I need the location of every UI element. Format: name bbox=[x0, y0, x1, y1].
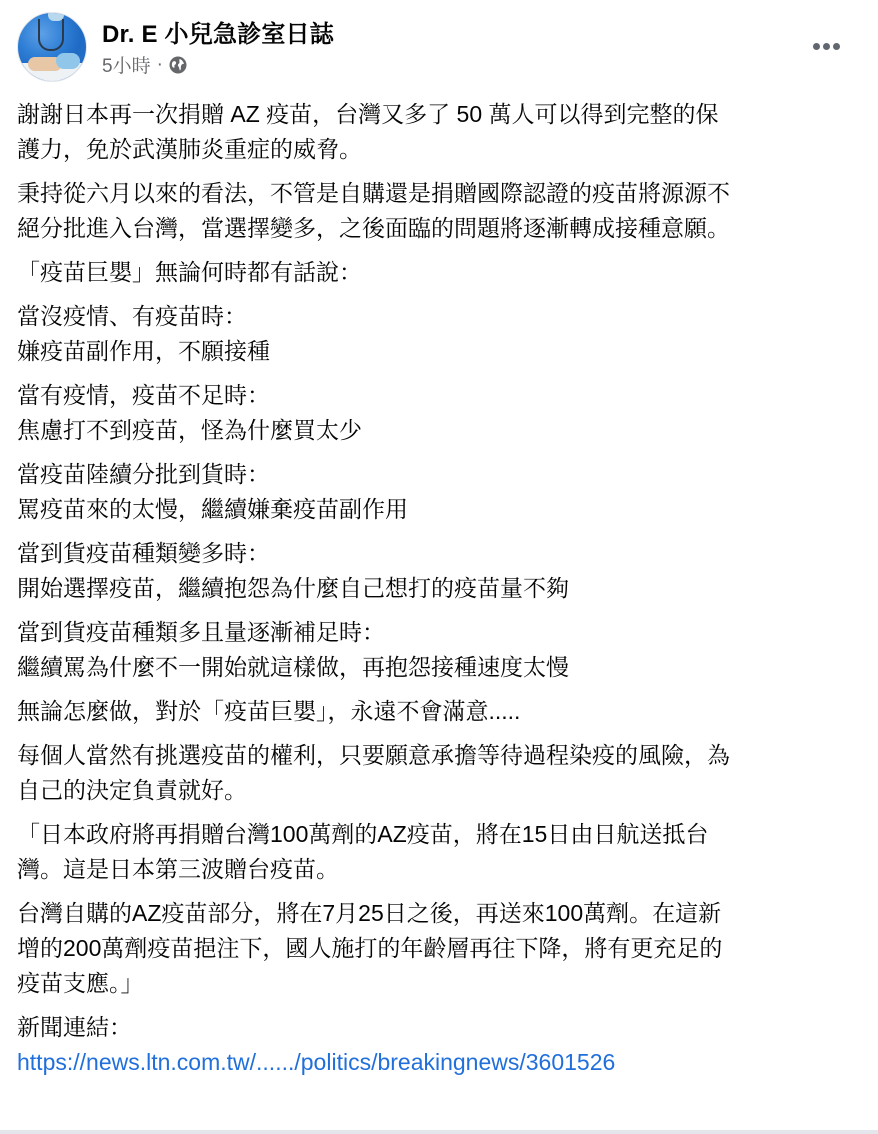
paragraph-case-5: 當到貨疫苗種類多且量逐漸補足時：繼續罵為什麼不一開始就這樣做，再抱怨接種速度太慢 bbox=[17, 615, 862, 685]
paragraph-case-1: 當沒疫情、有疫苗時：嫌疫苗副作用，不願接種 bbox=[17, 299, 862, 369]
paragraph-case-4: 當到貨疫苗種類變多時：開始選擇疫苗，繼續抱怨為什麼自己想打的疫苗量不夠 bbox=[17, 536, 862, 606]
paragraph-intro: 「疫苗巨嬰」無論何時都有話說： bbox=[17, 255, 862, 290]
paragraph-quote-2: 台灣自購的AZ疫苗部分，將在7月25日之後，再送來100萬劑。在這新增的200萬… bbox=[17, 896, 862, 1001]
news-link[interactable]: https://news.ltn.com.tw/....../politics/… bbox=[17, 1049, 615, 1075]
paragraph-choice: 每個人當然有挑選疫苗的權利，只要願意承擔等待過程染疫的風險，為自己的決定負責就好… bbox=[17, 738, 862, 808]
post-meta: 5小時 · bbox=[102, 51, 187, 78]
more-options-icon bbox=[823, 43, 830, 50]
paragraph-conclusion: 無論怎麼做，對於「疫苗巨嬰」，永遠不會滿意..... bbox=[17, 694, 862, 729]
globe-icon[interactable] bbox=[169, 56, 187, 74]
page-name-link[interactable]: Dr. E 小兒急診室日誌 bbox=[102, 14, 334, 49]
more-options-icon bbox=[833, 43, 840, 50]
page-avatar[interactable] bbox=[17, 12, 87, 82]
meta-separator: · bbox=[157, 54, 163, 76]
more-options-icon bbox=[813, 43, 820, 50]
avatar-stethoscope-detail bbox=[38, 19, 64, 51]
facebook-post: Dr. E 小兒急診室日誌 5小時 · 謝謝日本再一次捐贈 AZ 疫苗，台灣又多… bbox=[0, 0, 878, 1130]
paragraph-news-link: 新聞連結：https://news.ltn.com.tw/....../poli… bbox=[17, 1010, 862, 1080]
post-body: 謝謝日本再一次捐贈 AZ 疫苗，台灣又多了 50 萬人可以得到完整的保護力，免於… bbox=[17, 97, 862, 1089]
more-options-button[interactable] bbox=[810, 36, 842, 56]
post-header: Dr. E 小兒急診室日誌 5小時 · bbox=[0, 0, 878, 92]
paragraph-thanks: 謝謝日本再一次捐贈 AZ 疫苗，台灣又多了 50 萬人可以得到完整的保護力，免於… bbox=[17, 97, 862, 167]
paragraph-view: 秉持從六月以來的看法，不管是自購還是捐贈國際認證的疫苗將源源不絕分批進入台灣，當… bbox=[17, 176, 862, 246]
post-divider bbox=[0, 1130, 878, 1134]
avatar-cap-detail bbox=[56, 53, 80, 69]
paragraph-case-3: 當疫苗陸續分批到貨時：罵疫苗來的太慢，繼續嫌棄疫苗副作用 bbox=[17, 457, 862, 527]
paragraph-quote-1: 「日本政府將再捐贈台灣100萬劑的AZ疫苗，將在15日由日航送抵台灣。這是日本第… bbox=[17, 817, 862, 887]
post-timestamp[interactable]: 5小時 bbox=[102, 51, 151, 78]
paragraph-case-2: 當有疫情，疫苗不足時：焦慮打不到疫苗，怪為什麼買太少 bbox=[17, 378, 862, 448]
